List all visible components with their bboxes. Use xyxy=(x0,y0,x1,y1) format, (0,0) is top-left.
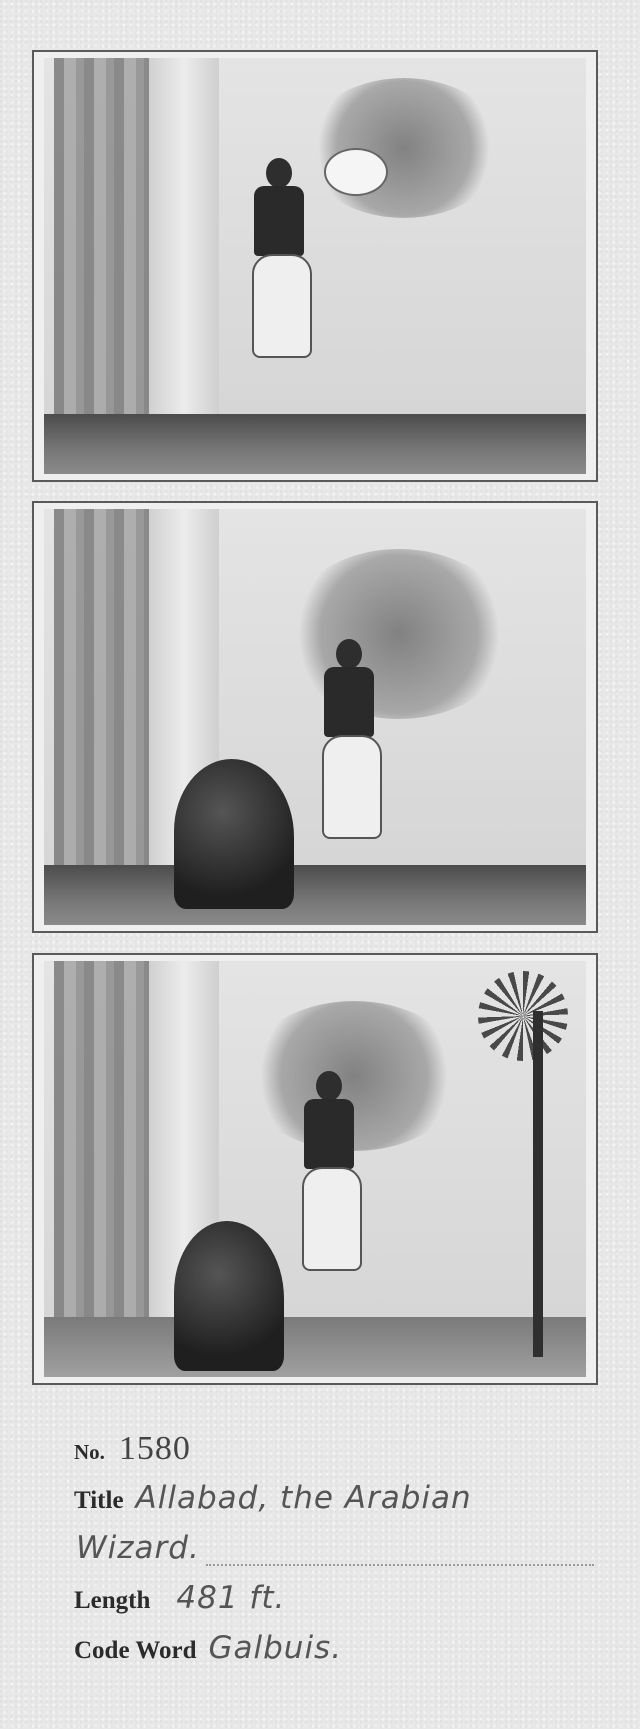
rock xyxy=(174,759,294,909)
code-word-value: Galbuis. xyxy=(208,1630,342,1666)
palm-trunk xyxy=(533,1011,543,1357)
palm-leaves xyxy=(478,971,568,1061)
fan xyxy=(324,148,388,196)
title-label: Title xyxy=(74,1487,124,1515)
catalog-label: No. 1580 Title Allabad, the Arabian Wiza… xyxy=(74,1430,594,1680)
title-value-line2: Wizard. xyxy=(76,1530,200,1566)
code-word-label: Code Word xyxy=(74,1637,196,1665)
figure-head xyxy=(336,639,362,669)
figure-body xyxy=(304,1099,354,1169)
pillar xyxy=(149,58,219,414)
number-value: 1580 xyxy=(119,1430,191,1468)
wizard-figure xyxy=(294,1071,364,1281)
rock xyxy=(174,1221,284,1371)
foliage xyxy=(304,78,504,218)
dotted-rule xyxy=(206,1563,594,1566)
palm-tree xyxy=(478,971,568,1357)
title-value-line1: Allabad, the Arabian xyxy=(136,1480,472,1516)
scene xyxy=(44,961,586,1377)
scene xyxy=(44,509,586,925)
wizard-figure xyxy=(314,639,384,849)
length-label: Length xyxy=(74,1587,150,1615)
stage-floor xyxy=(44,865,586,925)
title-row: Title Allabad, the Arabian xyxy=(74,1480,594,1530)
figure-head xyxy=(316,1071,342,1101)
curtain xyxy=(54,509,149,865)
wizard-figure xyxy=(244,158,314,368)
figure-body xyxy=(254,186,304,256)
film-still-3 xyxy=(32,953,598,1385)
figure-trousers xyxy=(302,1167,362,1271)
figure-head xyxy=(266,158,292,188)
code-word-row: Code Word Galbuis. xyxy=(74,1630,594,1680)
curtain xyxy=(54,961,149,1317)
figure-trousers xyxy=(322,735,382,839)
curtain xyxy=(54,58,149,414)
stage-floor xyxy=(44,414,586,474)
figure-body xyxy=(324,667,374,737)
figure-trousers xyxy=(252,254,312,358)
title-continuation-row: Wizard. xyxy=(74,1530,594,1580)
number-label: No. xyxy=(74,1440,105,1465)
length-value: 481 ft. xyxy=(176,1580,285,1616)
film-still-2 xyxy=(32,501,598,933)
film-still-1 xyxy=(32,50,598,482)
length-row: Length 481 ft. xyxy=(74,1580,594,1630)
number-row: No. 1580 xyxy=(74,1430,594,1480)
scene xyxy=(44,58,586,474)
